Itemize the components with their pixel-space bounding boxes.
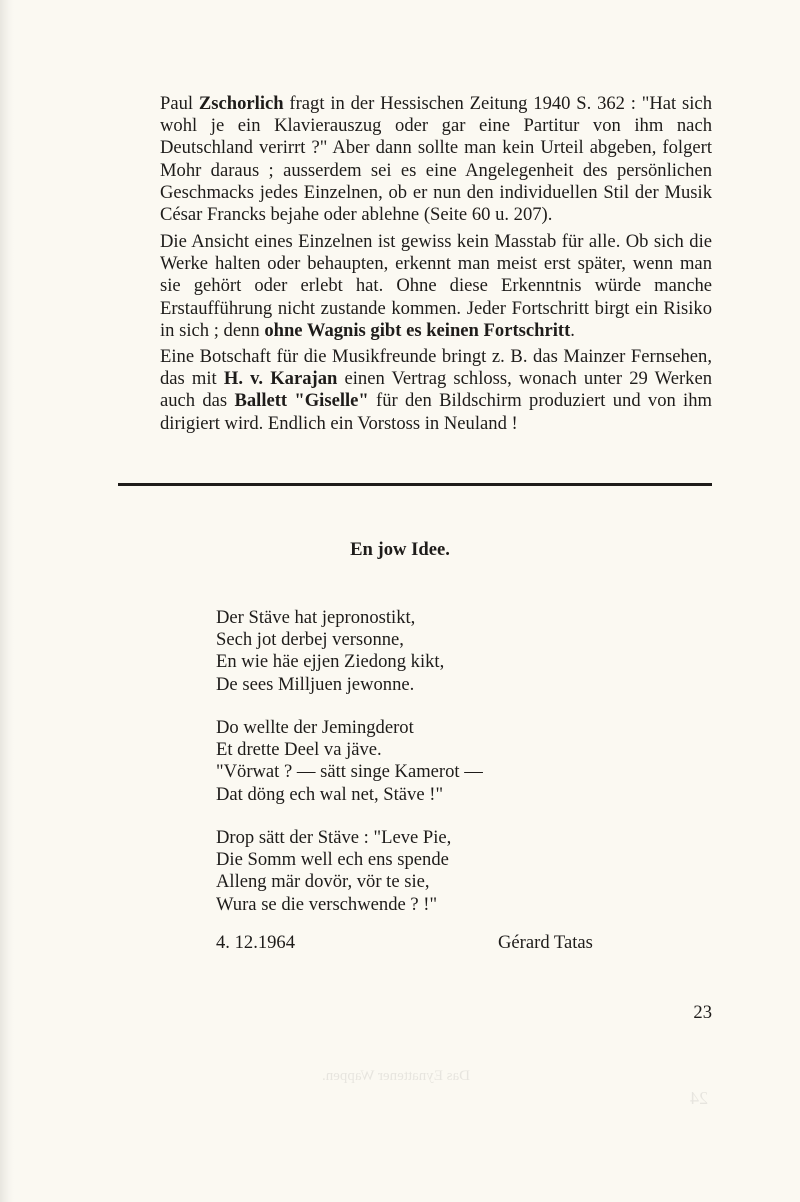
poem-line: Alleng mär dovör, vör te sie, — [216, 871, 451, 893]
emphasis-text: ohne Wagnis gibt es keinen Fortschritt — [264, 320, 570, 341]
poem-author: Gérard Tatas — [498, 932, 593, 954]
poem-stanza-2: Do wellte der Jemingderot Et drette Deel… — [216, 717, 483, 806]
paragraph-botschaft: Eine Botschaft für die Musikfreunde brin… — [160, 346, 712, 435]
poem-line: En wie häe ejjen Ziedong kikt, — [216, 651, 444, 673]
poem-line: Dat döng ech wal net, Stäve !" — [216, 784, 483, 806]
poem-line: Sech jot derbej versonne, — [216, 629, 444, 651]
poem-line: Drop sätt der Stäve : "Leve Pie, — [216, 827, 451, 849]
poem-line: "Vörwat ? — sätt singe Kamerot — — [216, 761, 483, 783]
paragraph-ansicht: Die Ansicht eines Einzelnen ist gewiss k… — [160, 231, 712, 342]
poem-line: Et drette Deel va jäve. — [216, 739, 483, 761]
poem-line: Wura se die verschwende ? !" — [216, 894, 451, 916]
poem-stanza-3: Drop sätt der Stäve : "Leve Pie, Die Som… — [216, 827, 451, 916]
paragraph-zschorlich: Paul Zschorlich fragt in der Hessischen … — [160, 93, 712, 226]
poem-line: Der Stäve hat jepronostikt, — [216, 607, 444, 629]
bleed-through-page-number: 24 — [690, 1088, 708, 1109]
poem-stanza-1: Der Stäve hat jepronostikt, Sech jot der… — [216, 607, 444, 696]
page-number: 23 — [693, 1002, 712, 1024]
emphasis-text: Ballett "Giselle" — [234, 390, 368, 411]
emphasis-text: H. v. Karajan — [224, 368, 337, 389]
emphasis-text: Zschorlich — [199, 93, 284, 114]
poem-line: Die Somm well ech ens spende — [216, 849, 451, 871]
section-divider — [118, 483, 712, 486]
body-text: . — [570, 320, 575, 341]
poem-line: Do wellte der Jemingderot — [216, 717, 483, 739]
bleed-through-caption: Das Eynattener Wappen. — [322, 1068, 470, 1085]
poem-date: 4. 12.1964 — [216, 932, 295, 954]
page-edge-shadow — [0, 0, 14, 1202]
body-text: Paul — [160, 93, 199, 114]
poem-line: De sees Milljuen jewonne. — [216, 674, 444, 696]
poem-title: En jow Idee. — [0, 539, 800, 561]
